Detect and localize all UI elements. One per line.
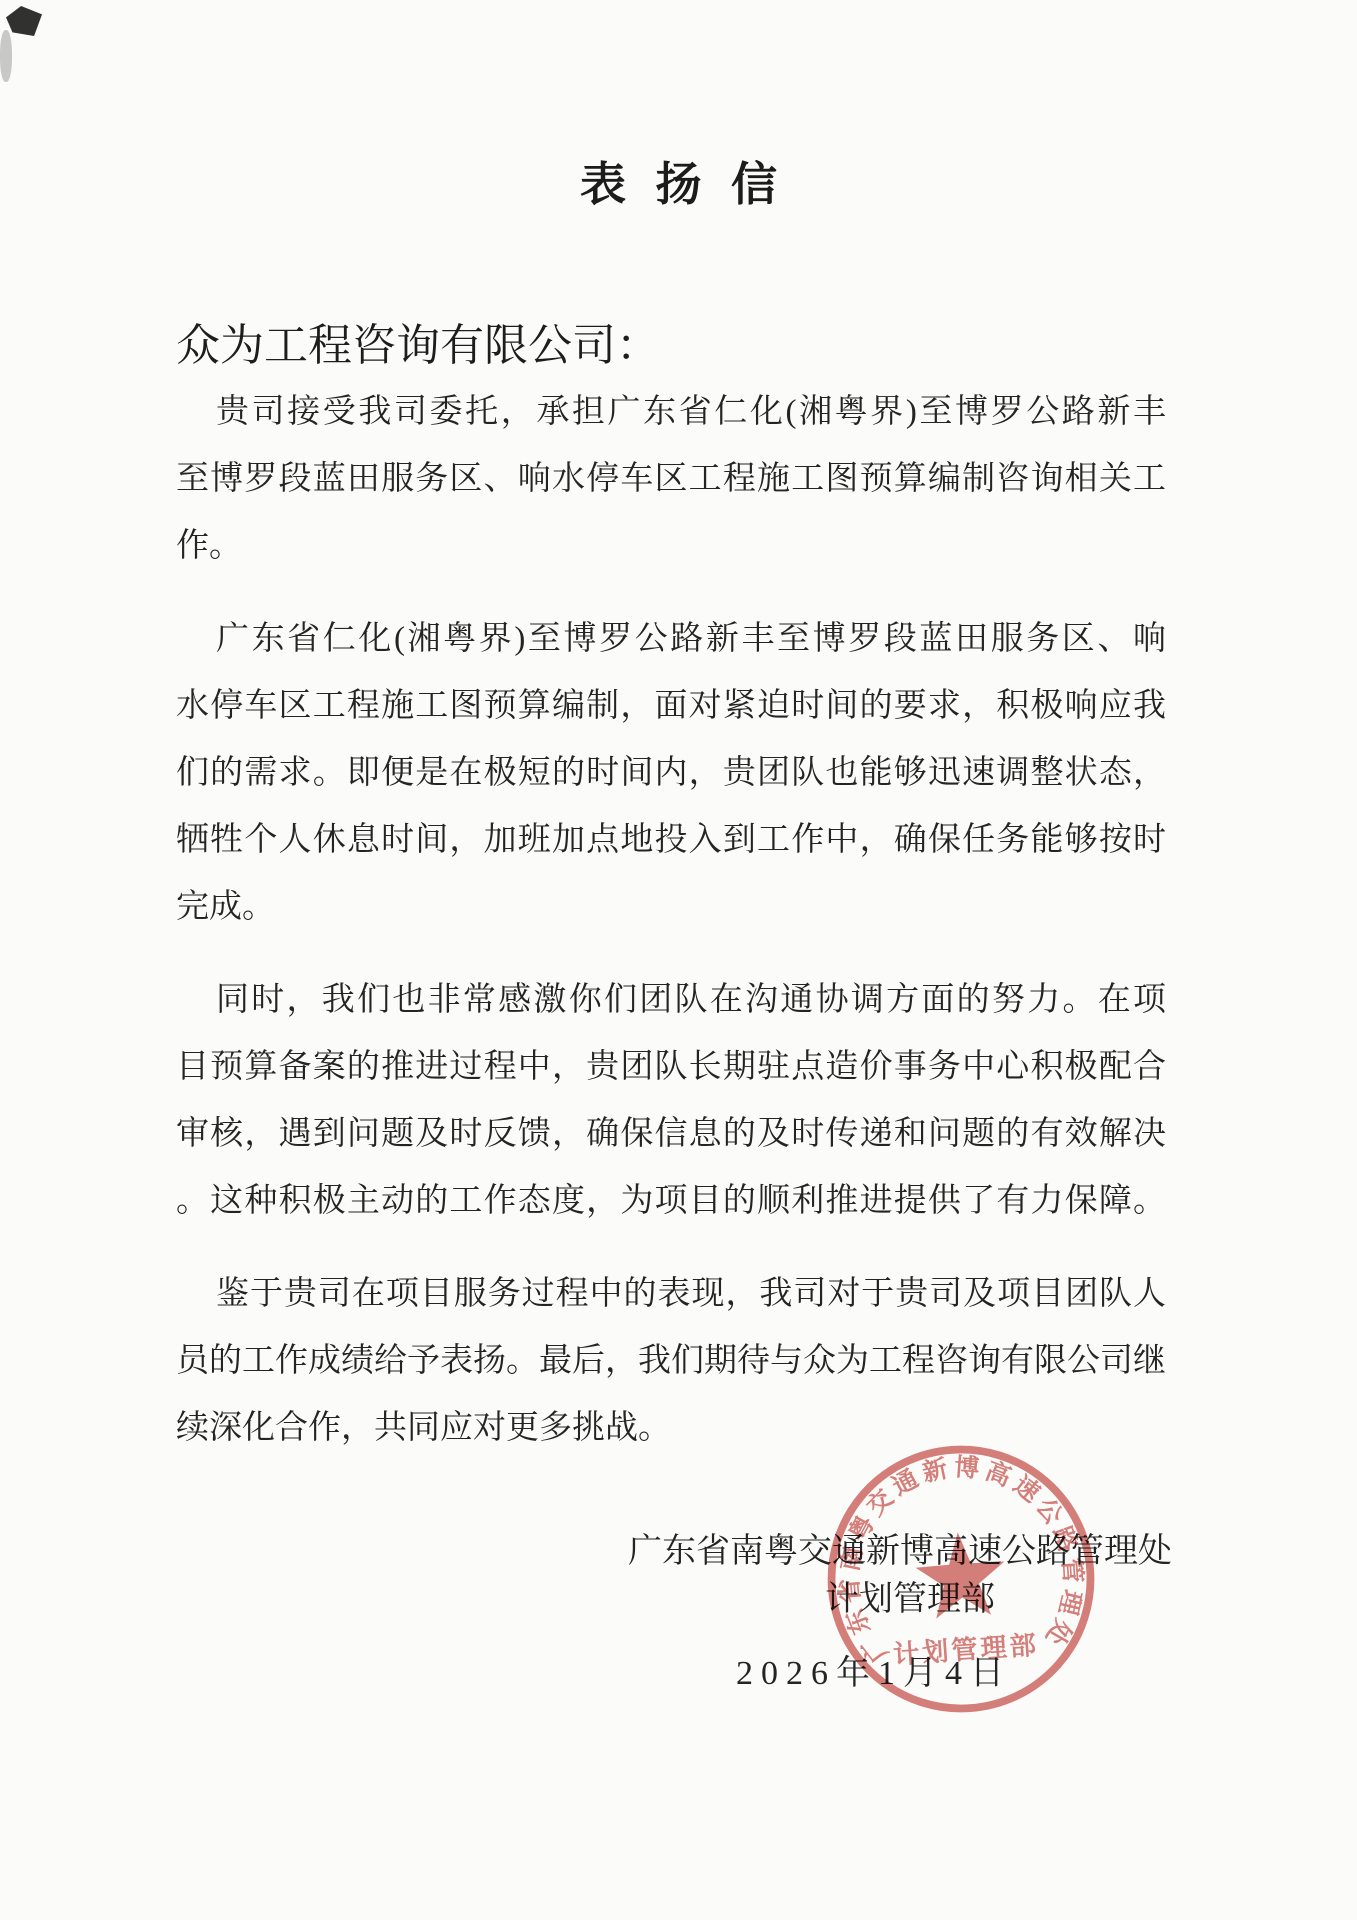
scan-artifact-corner xyxy=(6,6,42,36)
paragraph-line: 目预算备案的推进过程中，贵团队长期驻点造价事务中心积极配合 xyxy=(176,1034,1166,1101)
paragraph: 贵司接受我司委托，承担广东省仁化(湘粤界)至博罗公路新丰至博罗段蓝田服务区、响水… xyxy=(176,379,1166,580)
paragraph-line: 同时，我们也非常感激你们团队在沟通协调方面的努力。在项 xyxy=(176,967,1166,1034)
paragraph: 广东省仁化(湘粤界)至博罗公路新丰至博罗段蓝田服务区、响水停车区工程施工图预算编… xyxy=(176,606,1166,941)
paragraph-line: 广东省仁化(湘粤界)至博罗公路新丰至博罗段蓝田服务区、响 xyxy=(176,606,1166,673)
paragraphs-container: 贵司接受我司委托，承担广东省仁化(湘粤界)至博罗公路新丰至博罗段蓝田服务区、响水… xyxy=(176,379,1166,1462)
paragraph-line: 。这种积极主动的工作态度，为项目的顺利推进提供了有力保障。 xyxy=(176,1168,1166,1235)
official-seal: 广东省南粤交通新博高速公路管理处 计划管理部 xyxy=(805,1423,1117,1735)
scan-artifact-edge xyxy=(0,30,12,82)
letter-title: 表 扬 信 xyxy=(0,148,1357,214)
paragraph-line: 牺牲个人休息时间，加班加点地投入到工作中，确保任务能够按时 xyxy=(176,807,1166,874)
star-icon xyxy=(913,1529,1008,1619)
letter-page: 表 扬 信 众为工程咨询有限公司： 贵司接受我司委托，承担广东省仁化(湘粤界)至… xyxy=(0,0,1357,1920)
paragraph-line: 作。 xyxy=(176,513,1166,580)
seal-dept-label: 计划管理部 xyxy=(892,1630,1040,1670)
paragraph-line: 们的需求。即便是在极短的时间内，贵团队也能够迅速调整状态， xyxy=(176,740,1166,807)
paragraph-line: 水停车区工程施工图预算编制，面对紧迫时间的要求，积极响应我 xyxy=(176,673,1166,740)
salutation: 众为工程咨询有限公司： xyxy=(176,312,1166,379)
letter-body: 众为工程咨询有限公司： 贵司接受我司委托，承担广东省仁化(湘粤界)至博罗公路新丰… xyxy=(176,312,1166,1462)
paragraph-line: 审核，遇到问题及时反馈，确保信息的及时传递和问题的有效解决 xyxy=(176,1101,1166,1168)
paragraph-line: 至博罗段蓝田服务区、响水停车区工程施工图预算编制咨询相关工 xyxy=(176,446,1166,513)
paragraph: 同时，我们也非常感激你们团队在沟通协调方面的努力。在项目预算备案的推进过程中，贵… xyxy=(176,967,1166,1235)
paragraph-line: 鉴于贵司在项目服务过程中的表现，我司对于贵司及项目团队人 xyxy=(176,1261,1166,1328)
paragraph-line: 贵司接受我司委托，承担广东省仁化(湘粤界)至博罗公路新丰 xyxy=(176,379,1166,446)
paragraph-line: 完成。 xyxy=(176,874,1166,941)
paragraph-line: 员的工作成绩给予表扬。最后，我们期待与众为工程咨询有限公司继 xyxy=(176,1328,1166,1395)
